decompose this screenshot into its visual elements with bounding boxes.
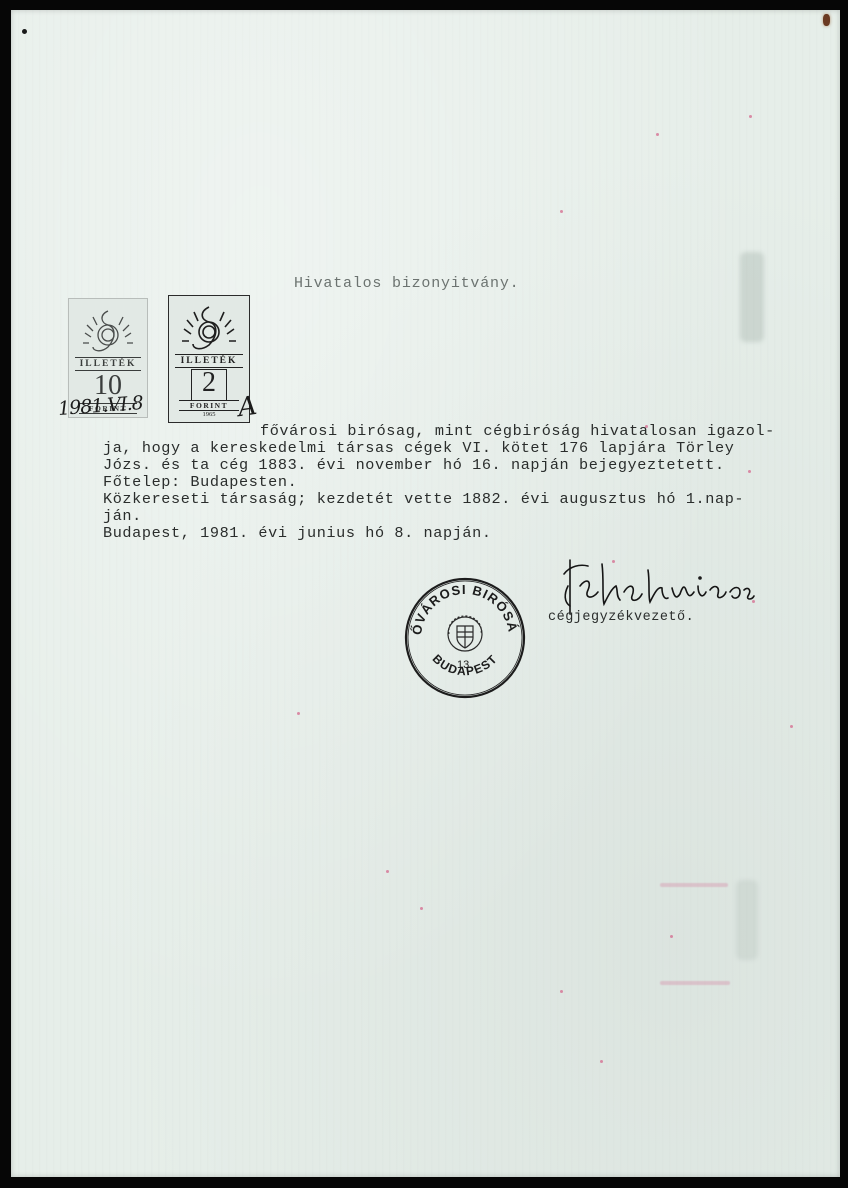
corner-rust-mark <box>823 14 830 26</box>
body-line-4: Főtelep: Budapesten. <box>103 475 297 490</box>
hole-punch-mark <box>22 29 27 34</box>
pink-speck <box>790 725 793 728</box>
pink-speck <box>560 210 563 213</box>
svg-text:FŐVÁROSI BIRÓSÁG: FŐVÁROSI BIRÓSÁG <box>403 576 521 636</box>
pink-speck <box>670 935 673 938</box>
coat-of-arms-icon <box>448 616 482 651</box>
pink-speck <box>386 870 389 873</box>
body-line-7: Budapest, 1981. évi junius hó 8. napján. <box>103 526 492 541</box>
pink-speck <box>600 1060 603 1063</box>
pink-ghost-text <box>660 883 728 887</box>
pink-speck <box>420 907 423 910</box>
body-line-2: ja, hogy a kereskedelmi társas cégek VI.… <box>103 441 734 456</box>
seal-top-text: FŐVÁROSI BIRÓSÁG <box>403 576 521 636</box>
pink-speck <box>748 470 751 473</box>
handwritten-signature <box>558 556 758 618</box>
pink-speck <box>297 712 300 715</box>
emblem-icon <box>180 304 238 354</box>
stamp-unit: FORINT <box>179 400 239 411</box>
pink-speck <box>656 133 659 136</box>
pink-speck <box>749 115 752 118</box>
body-line-5: Közkereseti társaság; kezdetét vette 188… <box>103 492 744 507</box>
document-title: Hivatalos bizonyitvány. <box>294 275 519 292</box>
paper-smudge <box>736 880 758 960</box>
stamp-year: 1965 <box>169 411 249 418</box>
seal-number: 13. <box>457 659 472 671</box>
emblem-icon <box>79 307 137 357</box>
body-line-3: Józs. és ta cég 1883. évi november hó 16… <box>103 458 725 473</box>
body-line-6: ján. <box>103 509 142 524</box>
signature-role: cégjegyzékvezető. <box>548 610 694 625</box>
court-seal-stamp: FŐVÁROSI BIRÓSÁG BUDAPEST 13. <box>403 576 527 700</box>
paper-smudge <box>740 252 764 342</box>
pink-ghost-text <box>660 981 730 985</box>
body-line-1: fővárosi birósag, mint cégbiróság hivata… <box>260 424 775 439</box>
handwritten-initials: A <box>236 391 259 423</box>
pink-speck <box>560 990 563 993</box>
